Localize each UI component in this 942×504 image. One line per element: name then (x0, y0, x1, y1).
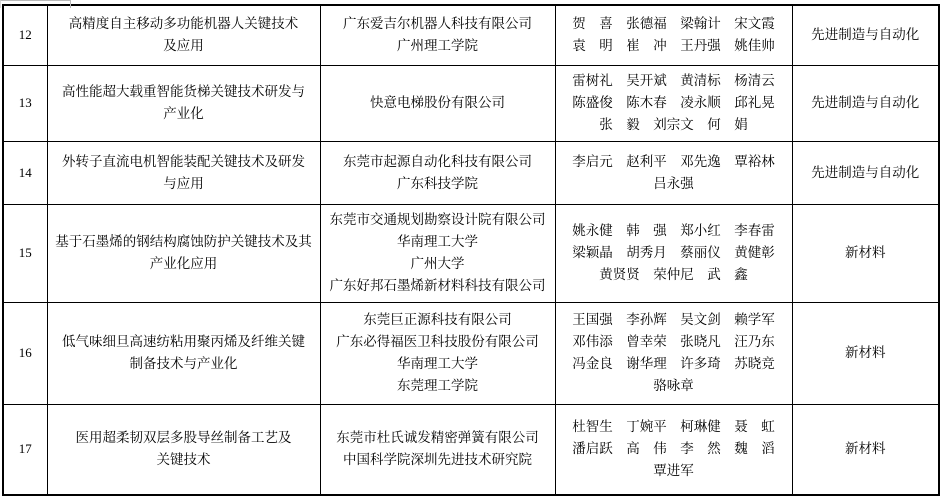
participants-cell: 雷树礼 吴开斌 黄清标 杨清云陈盛俊 陈木春 凌永顺 邱礼晃张 毅 刘宗文 何 … (555, 65, 792, 141)
project-title-line: 基于石墨烯的钢结构腐蚀防护关键技术及其 (50, 231, 318, 253)
project-title-cell: 基于石墨烯的钢结构腐蚀防护关键技术及其产业化应用 (47, 204, 320, 302)
project-table-body: 12高精度自主移动多功能机器人关键技术及应用广东爱吉尔机器人科技有限公司广州理工… (3, 5, 939, 495)
row-number: 17 (6, 438, 45, 460)
organization-cell: 东莞市杜氏诚发精密弹簧有限公司中国科学院深圳先进技术研究院 (320, 404, 555, 495)
participants-line: 陈盛俊 陈木春 凌永顺 邱礼晃 (558, 92, 790, 114)
organization-line: 中国科学院深圳先进技术研究院 (323, 449, 553, 471)
participants-line: 邓伟添 曾幸荣 张晓凡 汪乃东 (558, 331, 790, 353)
row-number: 12 (6, 24, 45, 46)
organization-line: 华南理工大学 (323, 353, 553, 375)
project-title-cell: 高精度自主移动多功能机器人关键技术及应用 (47, 5, 320, 65)
participants-line: 潘启跃 高 伟 李 然 魏 滔 (558, 438, 790, 460)
category-cell: 新材料 (792, 204, 939, 302)
participants-line: 张 毅 刘宗文 何 娟 (558, 114, 790, 136)
row-number: 15 (6, 242, 45, 264)
participants-cell: 姚永健 韩 强 郑小红 李春雷梁颖晶 胡秀月 蔡丽仪 黄健彰黄贤贤 荣仲尼 武 … (555, 204, 792, 302)
organization-line: 东莞市交通规划勘察设计院有限公司 (323, 209, 553, 231)
row-number: 16 (6, 342, 45, 364)
organization-line: 广州大学 (323, 253, 553, 275)
row-number: 13 (6, 92, 45, 114)
category-label: 新材料 (795, 242, 937, 264)
category-label: 先进制造与自动化 (795, 92, 937, 114)
table-row: 17医用超柔韧双层多股导丝制备工艺及关键技术东莞市杜氏诚发精密弹簧有限公司中国科… (3, 404, 939, 495)
project-title-cell: 高性能超大载重智能货梯关键技术研发与产业化 (47, 65, 320, 141)
organization-line: 广东必得福医卫科技股份有限公司 (323, 331, 553, 353)
project-title-line: 外转子直流电机智能装配关键技术及研发 (50, 151, 318, 173)
project-title-cell: 低气味细旦高速纺粘用聚丙烯及纤维关键制备技术与产业化 (47, 302, 320, 404)
participants-line: 杜智生 丁婉平 柯琳健 聂 虹 (558, 416, 790, 438)
participants-cell: 贺 喜 张德福 梁翰计 宋文霞袁 明 崔 冲 王丹强 姚佳帅 (555, 5, 792, 65)
row-number-cell: 16 (3, 302, 47, 404)
participants-line: 姚永健 韩 强 郑小红 李春雷 (558, 220, 790, 242)
organization-line: 东莞市起源自动化科技有限公司 (323, 151, 553, 173)
participants-line: 袁 明 崔 冲 王丹强 姚佳帅 (558, 35, 790, 57)
organization-cell: 东莞市起源自动化科技有限公司广东科技学院 (320, 141, 555, 204)
project-title-line: 制备技术与产业化 (50, 353, 318, 375)
project-title-line: 高性能超大载重智能货梯关键技术研发与 (50, 81, 318, 103)
organization-line: 东莞市杜氏诚发精密弹簧有限公司 (323, 427, 553, 449)
organization-line: 华南理工大学 (323, 231, 553, 253)
project-title-cell: 医用超柔韧双层多股导丝制备工艺及关键技术 (47, 404, 320, 495)
participants-line: 雷树礼 吴开斌 黄清标 杨清云 (558, 70, 790, 92)
participants-line: 贺 喜 张德福 梁翰计 宋文霞 (558, 13, 790, 35)
project-title-cell: 外转子直流电机智能装配关键技术及研发与应用 (47, 141, 320, 204)
project-title-line: 与应用 (50, 173, 318, 195)
organization-line: 东莞理工学院 (323, 375, 553, 397)
participants-line: 梁颖晶 胡秀月 蔡丽仪 黄健彰 (558, 242, 790, 264)
participants-cell: 杜智生 丁婉平 柯琳健 聂 虹潘启跃 高 伟 李 然 魏 滔覃进军 (555, 404, 792, 495)
organization-line: 东莞巨正源科技有限公司 (323, 309, 553, 331)
organization-line: 快意电梯股份有限公司 (323, 92, 553, 114)
project-title-line: 低气味细旦高速纺粘用聚丙烯及纤维关键 (50, 331, 318, 353)
project-title-line: 关键技术 (50, 449, 318, 471)
row-number-cell: 14 (3, 141, 47, 204)
table-row: 15基于石墨烯的钢结构腐蚀防护关键技术及其产业化应用东莞市交通规划勘察设计院有限… (3, 204, 939, 302)
table-row: 16低气味细旦高速纺粘用聚丙烯及纤维关键制备技术与产业化东莞巨正源科技有限公司广… (3, 302, 939, 404)
table-row: 14外转子直流电机智能装配关键技术及研发与应用东莞市起源自动化科技有限公司广东科… (3, 141, 939, 204)
row-number-cell: 17 (3, 404, 47, 495)
project-title-line: 及应用 (50, 35, 318, 57)
category-cell: 新材料 (792, 404, 939, 495)
row-number: 14 (6, 162, 45, 184)
participants-line: 吕永强 (558, 173, 790, 195)
row-number-cell: 13 (3, 65, 47, 141)
organization-line: 广东好邦石墨烯新材料科技有限公司 (323, 275, 553, 297)
organization-cell: 快意电梯股份有限公司 (320, 65, 555, 141)
project-title-line: 高精度自主移动多功能机器人关键技术 (50, 13, 318, 35)
participants-line: 黄贤贤 荣仲尼 武 鑫 (558, 264, 790, 286)
organization-line: 广州理工学院 (323, 35, 553, 57)
participants-line: 覃进军 (558, 460, 790, 482)
category-cell: 新材料 (792, 302, 939, 404)
row-number-cell: 12 (3, 5, 47, 65)
organization-cell: 东莞市交通规划勘察设计院有限公司华南理工大学广州大学广东好邦石墨烯新材料科技有限… (320, 204, 555, 302)
document-page: 12高精度自主移动多功能机器人关键技术及应用广东爱吉尔机器人科技有限公司广州理工… (0, 0, 942, 504)
category-label: 先进制造与自动化 (795, 24, 937, 46)
participants-line: 冯金良 谢华理 许多琦 苏晓竞 (558, 353, 790, 375)
table-row: 13高性能超大载重智能货梯关键技术研发与产业化快意电梯股份有限公司雷树礼 吴开斌… (3, 65, 939, 141)
project-award-table: 12高精度自主移动多功能机器人关键技术及应用广东爱吉尔机器人科技有限公司广州理工… (2, 4, 940, 496)
organization-cell: 广东爱吉尔机器人科技有限公司广州理工学院 (320, 5, 555, 65)
participants-line: 骆咏章 (558, 375, 790, 397)
organization-line: 广东科技学院 (323, 173, 553, 195)
project-title-line: 产业化应用 (50, 253, 318, 275)
category-cell: 先进制造与自动化 (792, 5, 939, 65)
category-cell: 先进制造与自动化 (792, 65, 939, 141)
participants-line: 李启元 赵利平 邓先逸 覃裕林 (558, 151, 790, 173)
table-row: 12高精度自主移动多功能机器人关键技术及应用广东爱吉尔机器人科技有限公司广州理工… (3, 5, 939, 65)
category-cell: 先进制造与自动化 (792, 141, 939, 204)
participants-cell: 李启元 赵利平 邓先逸 覃裕林吕永强 (555, 141, 792, 204)
category-label: 新材料 (795, 438, 937, 460)
organization-cell: 东莞巨正源科技有限公司广东必得福医卫科技股份有限公司华南理工大学东莞理工学院 (320, 302, 555, 404)
project-title-line: 医用超柔韧双层多股导丝制备工艺及 (50, 427, 318, 449)
project-title-line: 产业化 (50, 103, 318, 125)
category-label: 新材料 (795, 342, 937, 364)
row-number-cell: 15 (3, 204, 47, 302)
organization-line: 广东爱吉尔机器人科技有限公司 (323, 13, 553, 35)
participants-cell: 王国强 李孙辉 吴文剑 赖学军邓伟添 曾幸荣 张晓凡 汪乃东冯金良 谢华理 许多… (555, 302, 792, 404)
category-label: 先进制造与自动化 (795, 162, 937, 184)
participants-line: 王国强 李孙辉 吴文剑 赖学军 (558, 309, 790, 331)
